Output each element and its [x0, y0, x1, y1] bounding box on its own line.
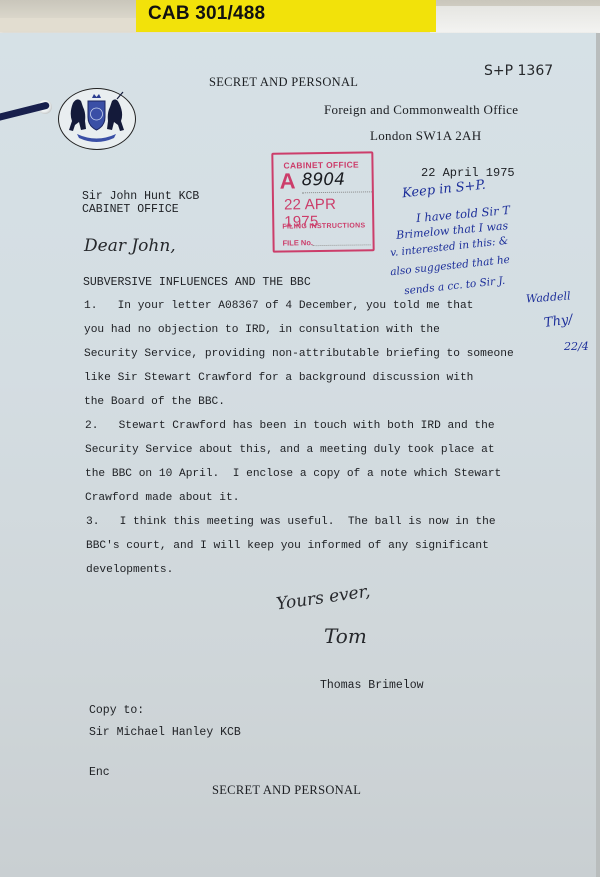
background-sheet — [430, 6, 600, 34]
sender-address: London SW1A 2AH — [370, 128, 481, 144]
paragraph-1-line: the Board of the BBC. — [84, 396, 225, 408]
stamp-dotted-line — [302, 191, 372, 193]
letter-subject: SUBVERSIVE INFLUENCES AND THE BBC — [83, 276, 311, 289]
paragraph-2-line: Security Service about this, and a meeti… — [85, 444, 495, 456]
stamp-dotted-line — [313, 244, 371, 246]
royal-coat-of-arms-icon — [58, 88, 136, 150]
handwritten-signature: Tom — [324, 624, 367, 648]
recipient-office: CABINET OFFICE — [82, 203, 179, 216]
page-edge — [596, 33, 600, 877]
paragraph-3-line: developments. — [86, 564, 173, 576]
sender-office: Foreign and Commonwealth Office — [324, 102, 518, 118]
paragraph-2-line: 2. Stewart Crawford has been in touch wi… — [85, 420, 495, 432]
archive-reference-label: CAB 301/488 — [148, 3, 265, 25]
annotation-date: 22/4 — [564, 340, 589, 353]
classification-bottom: SECRET AND PERSONAL — [212, 783, 361, 798]
paragraph-2-line: the BBC on 10 April. I enclose a copy of… — [85, 468, 501, 480]
enclosure-note: Enc — [89, 766, 110, 779]
paragraph-1-line: you had no objection to IRD, in consulta… — [84, 324, 440, 336]
paragraph-1-line: 1. In your letter A08367 of 4 December, … — [84, 300, 473, 312]
background-sheet — [0, 18, 150, 32]
paragraph-1-line: like Sir Stewart Crawford for a backgrou… — [84, 372, 473, 384]
paragraph-2-line: Crawford made about it. — [85, 492, 239, 504]
stamp-number: 8904 — [302, 170, 346, 191]
handwritten-salutation: Dear John, — [84, 236, 176, 256]
signatory-name: Thomas Brimelow — [320, 679, 424, 692]
copy-to-label: Copy to: — [89, 704, 144, 717]
letter-date: 22 April 1975 — [421, 166, 515, 180]
archive-reference-tab: CAB 301/488 — [136, 0, 436, 32]
classification-top: SECRET AND PERSONAL — [209, 75, 358, 90]
cabinet-office-received-stamp: CABINET OFFICE A 8904 22 APR 1975 FILING… — [271, 151, 374, 252]
recipient-name: Sir John Hunt KCB — [82, 190, 199, 203]
paragraph-3-line: BBC's court, and I will keep you informe… — [86, 540, 489, 552]
copy-to-recipient: Sir Michael Hanley KCB — [89, 726, 241, 739]
handwritten-file-reference: S+P 1367 — [484, 63, 553, 79]
stamp-series-letter: A — [280, 168, 296, 194]
stamp-filing-instructions: FILING INSTRUCTIONS — [282, 222, 365, 230]
paragraph-3-line: 3. I think this meeting was useful. The … — [86, 516, 496, 528]
paragraph-1-line: Security Service, providing non-attribut… — [84, 348, 514, 360]
stamp-file-number-label: FILE No. — [283, 238, 314, 247]
